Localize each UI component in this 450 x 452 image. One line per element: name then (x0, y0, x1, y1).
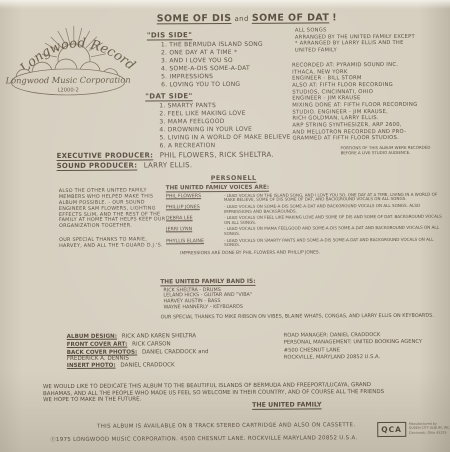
arrangement-line-3: * ARRANGED BY LARRY ELLIS AND THE (295, 40, 415, 47)
album-title-exclaim: ! (332, 12, 337, 23)
credit-insert-photo-label: INSERT PHOTO: (67, 363, 116, 369)
voice-name-phyllis-elaine: PHYLLIS ELAINE (166, 239, 224, 249)
dedication-paragraph: WE WOULD LIKE TO DEDICATE THIS ALBUM TO … (43, 382, 389, 404)
longwood-records-logo: Longwood Records Longwood Music Corporat… (4, 10, 139, 101)
executive-producer-label: EXECUTIVE PRODUCER: (57, 151, 154, 160)
united-family-voices: THE UNITED FAMILY VOICES ARE: PHIL FLOWE… (166, 184, 446, 256)
band-special-thanks: OUR SPECIAL THANKS TO MIKE RIBSON ON VIB… (161, 313, 443, 321)
manufacturer-text: Manufactured by QUEEN CITY ALBUM, INC. C… (409, 421, 450, 434)
voice-entry: PHYLLIS ELAINE - LEAD VOCALS ON SMARTY P… (166, 237, 446, 248)
credit-front-cover-art: FRONT COVER ART: RICK CARSON (67, 341, 232, 348)
band-heading: THE UNITED FAMILY BAND IS: (160, 278, 448, 286)
management-credits: ROAD MANAGER: DANIEL CRADDOCK PERSONAL M… (284, 332, 423, 362)
cover-content: Longwood Records Longwood Music Corporat… (0, 0, 450, 452)
album-title-part2: SOME OF DAT (252, 12, 330, 23)
personnel-heading: PERSONELL (211, 175, 257, 182)
voice-name-phillip-jones: PHILLIP JONES (166, 205, 224, 215)
logo-catalog-number: L2000-2 (58, 87, 79, 93)
dat-side-heading: "DAT SIDE" (145, 92, 290, 101)
dis-track-6: 6. LOVING YOU TO LONG (161, 80, 263, 89)
voice-entry: JERRI LYNN - LEAD VOCALS ON MAMA FEELGOO… (166, 226, 446, 237)
sound-producer-label: SOUND PRODUCER: (57, 162, 138, 170)
family-members-thanks: ALSO THE OTHER UNITED FAMILY MEMBERS WHO… (59, 188, 167, 230)
executive-producer-row: EXECUTIVE PRODUCER: PHIL FLOWERS, RICK S… (57, 151, 274, 160)
dis-track-4: 4. SOME-A-DIS SOME-A-DAT (161, 64, 263, 73)
voice-name-debra-lee: DEBRA LEE (166, 216, 224, 226)
manufacturer-line-3: Cincinnati, Ohio 45225 (409, 430, 450, 435)
executive-producer-names: PHIL FLOWERS, RICK SHELTRA. (160, 151, 274, 160)
personal-management-line: PERSONAL MANAGEMENT: UNITED BOOKING AGEN… (284, 339, 422, 347)
design-credits: ALBUM DESIGN: RICK AND KAREN SHELTRA FRO… (67, 333, 232, 371)
dat-track-6: 6. A RECREATION (159, 141, 290, 150)
credit-album-design-value: RICK AND KAREN SHELTRA (122, 333, 196, 339)
live-audience-note: PORTIONS OF THIS ALBUM WERE RECORDED BEF… (341, 145, 445, 156)
credit-back-cover-photos: BACK COVER PHOTOS: DANIEL CRADDOCK and F… (67, 349, 232, 362)
credit-insert-photo-value: DANIEL CRADDOCK (120, 363, 174, 369)
voice-name-phil-flowers: PHIL FLOWERS (166, 194, 224, 204)
dedication-signature: THE UNITED FAMILY (252, 401, 321, 408)
dis-side-heading: "DIS SIDE" (147, 31, 263, 40)
copyright-line: Ⓟ1975 LONGWOOD MUSIC CORPORATION. 4500 C… (1, 433, 406, 443)
voice-desc-phil-flowers: - LEAD VOCALS ON THE ISLAND SONG, AND I … (224, 192, 446, 203)
arrangement-line-4: UNITED FAMILY (295, 47, 415, 54)
management-city-line: ROCKVILLE, MARYLAND 20852 U.S.A. (284, 354, 422, 362)
album-title-part1: SOME OF DIS (157, 13, 232, 24)
qca-logo: QCA (377, 422, 406, 437)
arrangement-note: ALL SONGS ARRANGED BY THE UNITED FAMILY … (295, 27, 415, 54)
voices-heading: THE UNITED FAMILY VOICES ARE: (166, 184, 446, 192)
credit-front-cover-art-value: RICK CARSON (132, 341, 171, 347)
recording-line-7: MIXING DONE AT: FIFTH FLOOR RECORDING (292, 102, 417, 109)
voice-desc-phillip-jones: - LEAD VOCALS ON SOME-A-DIS SOME-A-DAT A… (224, 203, 446, 214)
logo-company: Longwood Music Corporation (5, 75, 131, 86)
united-family-band: THE UNITED FAMILY BAND IS: RICK SHELTRA … (160, 278, 448, 321)
band-member-keyboards: WAYNE HANNERLY - KEYBOARDS (163, 303, 448, 311)
dis-side-tracklist: "DIS SIDE" 1. THE BERMUDA ISLAND SONG 2.… (147, 31, 263, 89)
album-title: SOME OF DISandSOME OF DAT! (157, 12, 337, 24)
recording-credits: RECORDED AT: PYRAMID SOUND INC. ITHACA, … (292, 62, 418, 143)
special-thanks-marie-harvey: OUR SPECIAL THANKS TO MARIE, HARVEY, AND… (59, 237, 167, 249)
credit-album-design: ALBUM DESIGN: RICK AND KAREN SHELTRA (67, 333, 232, 340)
producer-credits: EXECUTIVE PRODUCER: PHIL FLOWERS, RICK S… (57, 151, 274, 172)
dat-side-tracklist: "DAT SIDE" 1. SMARTY PANTS 2. FEEL LIKE … (145, 92, 291, 150)
dat-track-5: 5. LIVING IN A WORLD OF MAKE BELIEVE (159, 133, 290, 142)
sound-producer-names: LARRY ELLIS. (144, 161, 193, 169)
credit-album-design-label: ALBUM DESIGN: (67, 334, 117, 340)
album-title-joiner: and (234, 15, 248, 23)
voice-desc-phyllis-elaine: - LEAD VOCALS ON SMARTY PANTS AND SOME-A… (224, 237, 446, 248)
dis-track-1: 1. THE BERMUDA ISLAND SONG (161, 41, 263, 50)
voice-desc-debra-lee: - LEAD VOCALS ON FEEL LIKE MAKING LOVE A… (224, 215, 446, 226)
voice-desc-jerri-lynn: - LEAD VOCALS ON MAMA FEELGOOD AND SOME-… (224, 226, 446, 237)
credit-front-cover-art-label: FRONT COVER ART: (67, 341, 128, 347)
impressions-footnote: IMPRESSIONS ARE DONE BY PHIL FLOWERS AND… (180, 249, 446, 256)
manufacturer-mark: QCA Manufactured by QUEEN CITY ALBUM, IN… (377, 421, 450, 437)
voice-entry: PHIL FLOWERS - LEAD VOCALS ON THE ISLAND… (166, 192, 446, 203)
sound-producer-row: SOUND PRODUCER: LARRY ELLIS. (57, 161, 274, 170)
recording-line-12: GRAMMED AT FIFTH FLOOR STUDIOS. (292, 135, 417, 142)
album-back-cover: Longwood Records Longwood Music Corporat… (0, 0, 450, 452)
voice-name-jerri-lynn: JERRI LYNN (166, 227, 224, 237)
credit-insert-photo: INSERT PHOTO: DANIEL CRADDOCK (67, 362, 232, 369)
